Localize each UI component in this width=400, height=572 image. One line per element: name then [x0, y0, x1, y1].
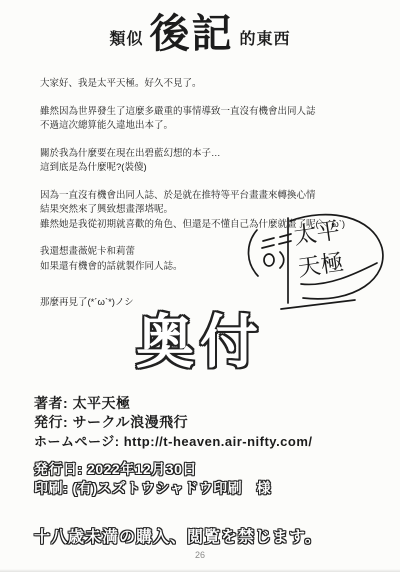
publish-date-label: 発行日: — [34, 461, 83, 477]
face-bracket-stroke — [249, 230, 259, 276]
page-number: 26 — [0, 550, 400, 560]
author-label: 著者: — [34, 395, 68, 411]
publisher-label: 発行: — [34, 414, 68, 430]
publish-date-value: 2022年12月30日 — [87, 461, 197, 477]
publish-date-line: 発行日: 2022年12月30日 — [34, 460, 313, 479]
face-eye-stroke — [279, 241, 291, 244]
author-line: 著者: 太平天極 — [34, 394, 313, 413]
face-eye-stroke — [263, 238, 274, 241]
age-warning: 十八歳未満の購入、閲覧を禁じます。 — [34, 524, 322, 547]
title-main: 後記 — [150, 14, 234, 54]
signature-underline — [281, 300, 355, 309]
face-eye-stroke — [262, 245, 274, 248]
text-line: 大家好、我是太平天極。好久不見了。 — [40, 77, 390, 92]
colophon-heading: 奥付 — [0, 314, 400, 372]
signature-doodle: 太平 天極 — [233, 210, 395, 314]
printer-value: (有)スズトウシャドウ印刷 様 — [73, 480, 272, 496]
text-line: 雖然因為世界發生了這麼多嚴重的事情導致一直沒有機會出同人誌 — [40, 105, 390, 120]
text-line: 因為一直沒有機會出同人誌、於是就在推特等平台畫畫來轉換心情 — [40, 189, 390, 204]
homepage-label: ホームページ: — [34, 434, 120, 449]
afterword-page: 類似 後記 的東西 大家好、我是太平天極。好久不見了。 雖然因為世界發生了這麼多… — [0, 0, 400, 572]
title-prefix: 類似 — [109, 26, 143, 54]
page-title: 類似 後記 的東西 — [0, 14, 400, 54]
publisher-line: 発行: サークル浪漫飛行 — [34, 413, 313, 432]
face-cheek-stroke — [280, 252, 284, 268]
signature-name-top: 太平 — [292, 217, 341, 249]
face-eye-stroke — [280, 234, 291, 237]
colophon-spacer — [34, 451, 313, 460]
colophon: 著者: 太平天極 発行: サークル浪漫飛行 ホームページ: http://t-h… — [34, 394, 313, 498]
paragraph-why: 關於我為什麼要在現在出碧藍幻想的本子… 這到底是為什麼呢?(裝傻) — [40, 147, 390, 176]
face-mouth — [264, 254, 274, 266]
text-line: 不過這次總算能久違地出本了。 — [40, 119, 390, 134]
author-value: 太平天極 — [73, 395, 131, 411]
paragraph-situation: 雖然因為世界發生了這麼多嚴重的事情導致一直沒有機會出同人誌 不過這次總算能久違地… — [40, 105, 390, 134]
homepage-line: ホームページ: http://t-heaven.air-nifty.com/ — [34, 432, 313, 451]
signature-name-bottom: 天極 — [296, 249, 345, 281]
printer-line: 印刷: (有)スズトウシャドウ印刷 様 — [34, 479, 313, 498]
text-line: 關於我為什麼要在現在出碧藍幻想的本子… — [40, 147, 390, 162]
homepage-url: http://t-heaven.air-nifty.com/ — [124, 434, 313, 449]
paragraph-greeting: 大家好、我是太平天極。好久不見了。 — [40, 77, 390, 92]
title-suffix: 的東西 — [240, 26, 291, 54]
printer-label: 印刷: — [34, 480, 68, 496]
publisher-value: サークル浪漫飛行 — [73, 414, 189, 430]
text-line: 這到底是為什麼呢?(裝傻) — [40, 161, 390, 176]
